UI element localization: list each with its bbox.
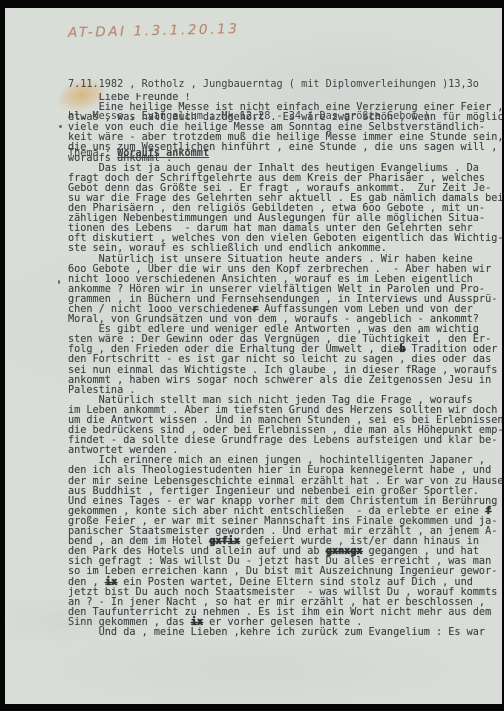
scanned-page: AT-DAI 1.3.1.20.13 7.11.1982 , Rotholz ,…	[0, 0, 504, 711]
stray-mark	[59, 125, 62, 128]
archive-reference-handwritten: AT-DAI 1.3.1.20.13	[68, 21, 240, 41]
date-location-line: 7.11.1982 , Rotholz , Jungbauerntag ( mi…	[68, 80, 502, 91]
document-page: AT-DAI 1.3.1.20.13 7.11.1982 , Rotholz ,…	[5, 8, 502, 704]
stray-mark	[58, 280, 60, 284]
sermon-text: Liebe Freunde ! Eine heilige Messe ist n…	[68, 93, 502, 704]
text-line: Und da , meine Lieben ,kehre ich zurück …	[68, 628, 502, 638]
